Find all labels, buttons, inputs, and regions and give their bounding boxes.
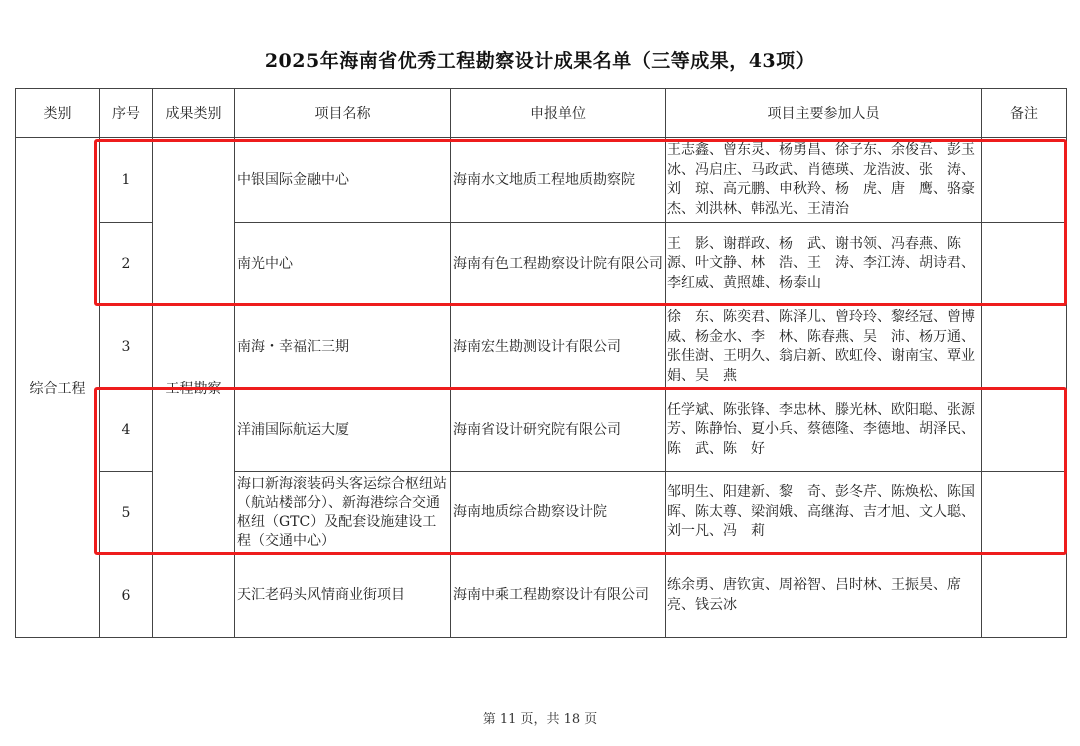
seq-cell: 4 [100,389,153,472]
page-number: 第 11 页，共 18 页 [0,708,1080,727]
seq-cell: 1 [100,138,153,223]
applicant-unit-cell: 海南有色工程勘察设计院有限公司 [451,223,666,306]
header-note: 备注 [982,89,1067,138]
applicant-unit-cell: 海南宏生勘测设计有限公司 [451,306,666,389]
participants-cell: 王 影、谢群政、杨 武、谢书领、冯春燕、陈 源、叶文静、林 浩、王 涛、李江涛、… [666,223,982,306]
seq-cell: 3 [100,306,153,389]
project-name-cell: 南海・幸福汇三期 [235,306,451,389]
applicant-unit-cell: 海南地质综合勘察设计院 [451,472,666,554]
table-header-row: 类别 序号 成果类别 项目名称 申报单位 项目主要参加人员 备注 [16,89,1067,138]
project-name-cell: 海口新海滚装码头客运综合枢纽站（航站楼部分）、新海港综合交通枢纽（GTC）及配套… [235,472,451,554]
header-applicant-unit: 申报单位 [451,89,666,138]
project-name-cell: 中银国际金融中心 [235,138,451,223]
header-participants: 项目主要参加人员 [666,89,982,138]
participants-cell: 任学斌、陈张锋、李忠林、滕光林、欧阳聪、张源芳、陈静怡、夏小兵、蔡德隆、李德地、… [666,389,982,472]
project-name-cell: 天汇老码头风情商业街项目 [235,554,451,638]
note-cell [982,389,1067,472]
applicant-unit-cell: 海南省设计研究院有限公司 [451,389,666,472]
document-title: 2025年海南省优秀工程勘察设计成果名单（三等成果，43项） [0,46,1080,73]
category-cell: 综合工程 [16,138,100,638]
header-seq: 序号 [100,89,153,138]
note-cell [982,306,1067,389]
header-result-type: 成果类别 [153,89,235,138]
seq-cell: 2 [100,223,153,306]
note-cell [982,138,1067,223]
participants-cell: 邹明生、阳建新、黎 奇、彭冬芹、陈焕松、陈国晖、陈太尊、梁润娥、高继海、吉才旭、… [666,472,982,554]
participants-cell: 练余勇、唐钦寅、周裕智、吕时林、王振昊、席 亮、钱云冰 [666,554,982,638]
participants-cell: 徐 东、陈奕君、陈泽儿、曾玲玲、黎经冠、曾博威、杨金水、李 林、陈春燕、吴 沛、… [666,306,982,389]
seq-cell: 6 [100,554,153,638]
result-type-cell: 工程勘察 [153,138,235,638]
note-cell [982,472,1067,554]
seq-cell: 5 [100,472,153,554]
note-cell [982,223,1067,306]
results-table: 类别 序号 成果类别 项目名称 申报单位 项目主要参加人员 备注 综合工程 1 … [15,88,1067,638]
note-cell [982,554,1067,638]
project-name-cell: 南光中心 [235,223,451,306]
project-name-cell: 洋浦国际航运大厦 [235,389,451,472]
header-project-name: 项目名称 [235,89,451,138]
applicant-unit-cell: 海南水文地质工程地质勘察院 [451,138,666,223]
table-row: 综合工程 1 工程勘察 中银国际金融中心 海南水文地质工程地质勘察院 王志鑫、曾… [16,138,1067,223]
header-category: 类别 [16,89,100,138]
participants-cell: 王志鑫、曾东灵、杨勇昌、徐子东、余俊吾、彭玉冰、冯启庄、马政武、肖德瑛、龙浩波、… [666,138,982,223]
applicant-unit-cell: 海南中乘工程勘察设计有限公司 [451,554,666,638]
